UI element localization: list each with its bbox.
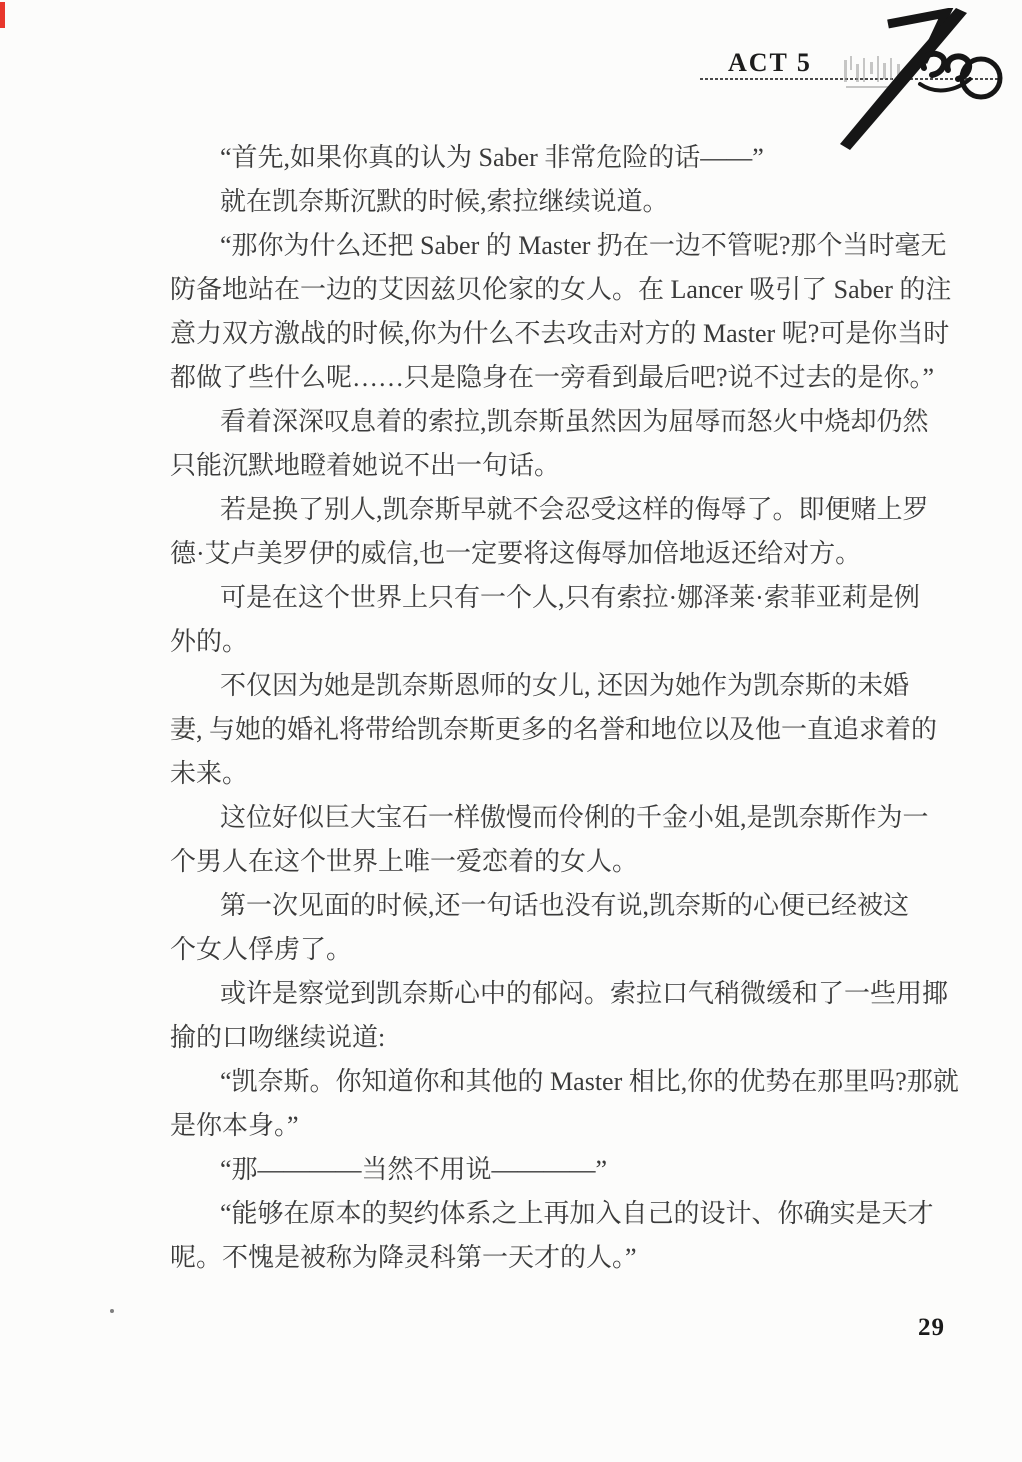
logo-squiggle-1 (923, 54, 944, 75)
text-line: 德·艾卢美罗伊的威信,也一定要将这侮辱加倍地返还给对方。 (170, 532, 930, 576)
text-line: 妻, 与她的婚礼将带给凯奈斯更多的名誉和地位以及他一直追求着的 (170, 708, 930, 752)
text-line: 就在凯奈斯沉默的时候,索拉继续说道。 (170, 180, 930, 224)
fate-zero-logo-icon (820, 8, 1020, 158)
logo-circle (962, 59, 1000, 97)
text-line: “那你为什么还把 Saber 的 Master 扔在一边不管呢?那个当时毫无 (170, 224, 930, 268)
text-line: 都做了些什么呢……只是隐身在一旁看到最后吧?说不过去的是你。” (170, 356, 930, 400)
text-line: 第一次见面的时候,还一句话也没有说,凯奈斯的心便已经被这 (170, 884, 930, 928)
book-page: ACT 5 “首先,如果你真的认为 Saber 非常危险的话——” 就在凯奈斯沉… (0, 0, 1022, 1462)
body-text: “首先,如果你真的认为 Saber 非常危险的话——” 就在凯奈斯沉默的时候,索… (170, 136, 930, 1280)
text-line: 若是换了别人,凯奈斯早就不会忍受这样的侮辱了。即便赌上罗 (170, 488, 930, 532)
text-line: 只能沉默地瞪着她说不出一句话。 (170, 444, 930, 488)
text-line: 个男人在这个世界上唯一爱恋着的女人。 (170, 840, 930, 884)
text-line: 个女人俘虏了。 (170, 928, 930, 972)
text-line: 防备地站在一边的艾因兹贝伦家的女人。在 Lancer 吸引了 Saber 的注 (170, 268, 930, 312)
text-line: “那————当然不用说————” (170, 1148, 930, 1192)
page-number: 29 (918, 1314, 945, 1342)
text-line: 呢。不愧是被称为降灵科第一天才的人。” (170, 1236, 930, 1280)
text-line: 是你本身。” (170, 1104, 930, 1148)
act-heading: ACT 5 (728, 48, 812, 78)
text-line: 未来。 (170, 752, 930, 796)
logo-slash-stroke (840, 8, 967, 150)
red-scan-edge-mark (0, 2, 5, 28)
text-line: “能够在原本的契约体系之上再加入自己的设计、你确实是天才 (170, 1192, 930, 1236)
text-line: “首先,如果你真的认为 Saber 非常危险的话——” (170, 136, 930, 180)
ink-speck (110, 1309, 114, 1313)
text-line: 揄的口吻继续说道: (170, 1016, 930, 1060)
text-line: “凯奈斯。你知道你和其他的 Master 相比,你的优势在那里吗?那就 (170, 1060, 930, 1104)
text-line: 看着深深叹息着的索拉,凯奈斯虽然因为屈辱而怒火中烧却仍然 (170, 400, 930, 444)
text-line: 外的。 (170, 620, 930, 664)
text-line: 这位好似巨大宝石一样傲慢而伶俐的千金小姐,是凯奈斯作为一 (170, 796, 930, 840)
text-line: 或许是察觉到凯奈斯心中的郁闷。索拉口气稍微缓和了一些用揶 (170, 972, 930, 1016)
text-line: 可是在这个世界上只有一个人,只有索拉·娜泽莱·索菲亚莉是例 (170, 576, 930, 620)
text-line: 意力双方激战的时候,你为什么不去攻击对方的 Master 呢?可是你当时 (170, 312, 930, 356)
text-line: 不仅因为她是凯奈斯恩师的女儿, 还因为她作为凯奈斯的未婚 (170, 664, 930, 708)
